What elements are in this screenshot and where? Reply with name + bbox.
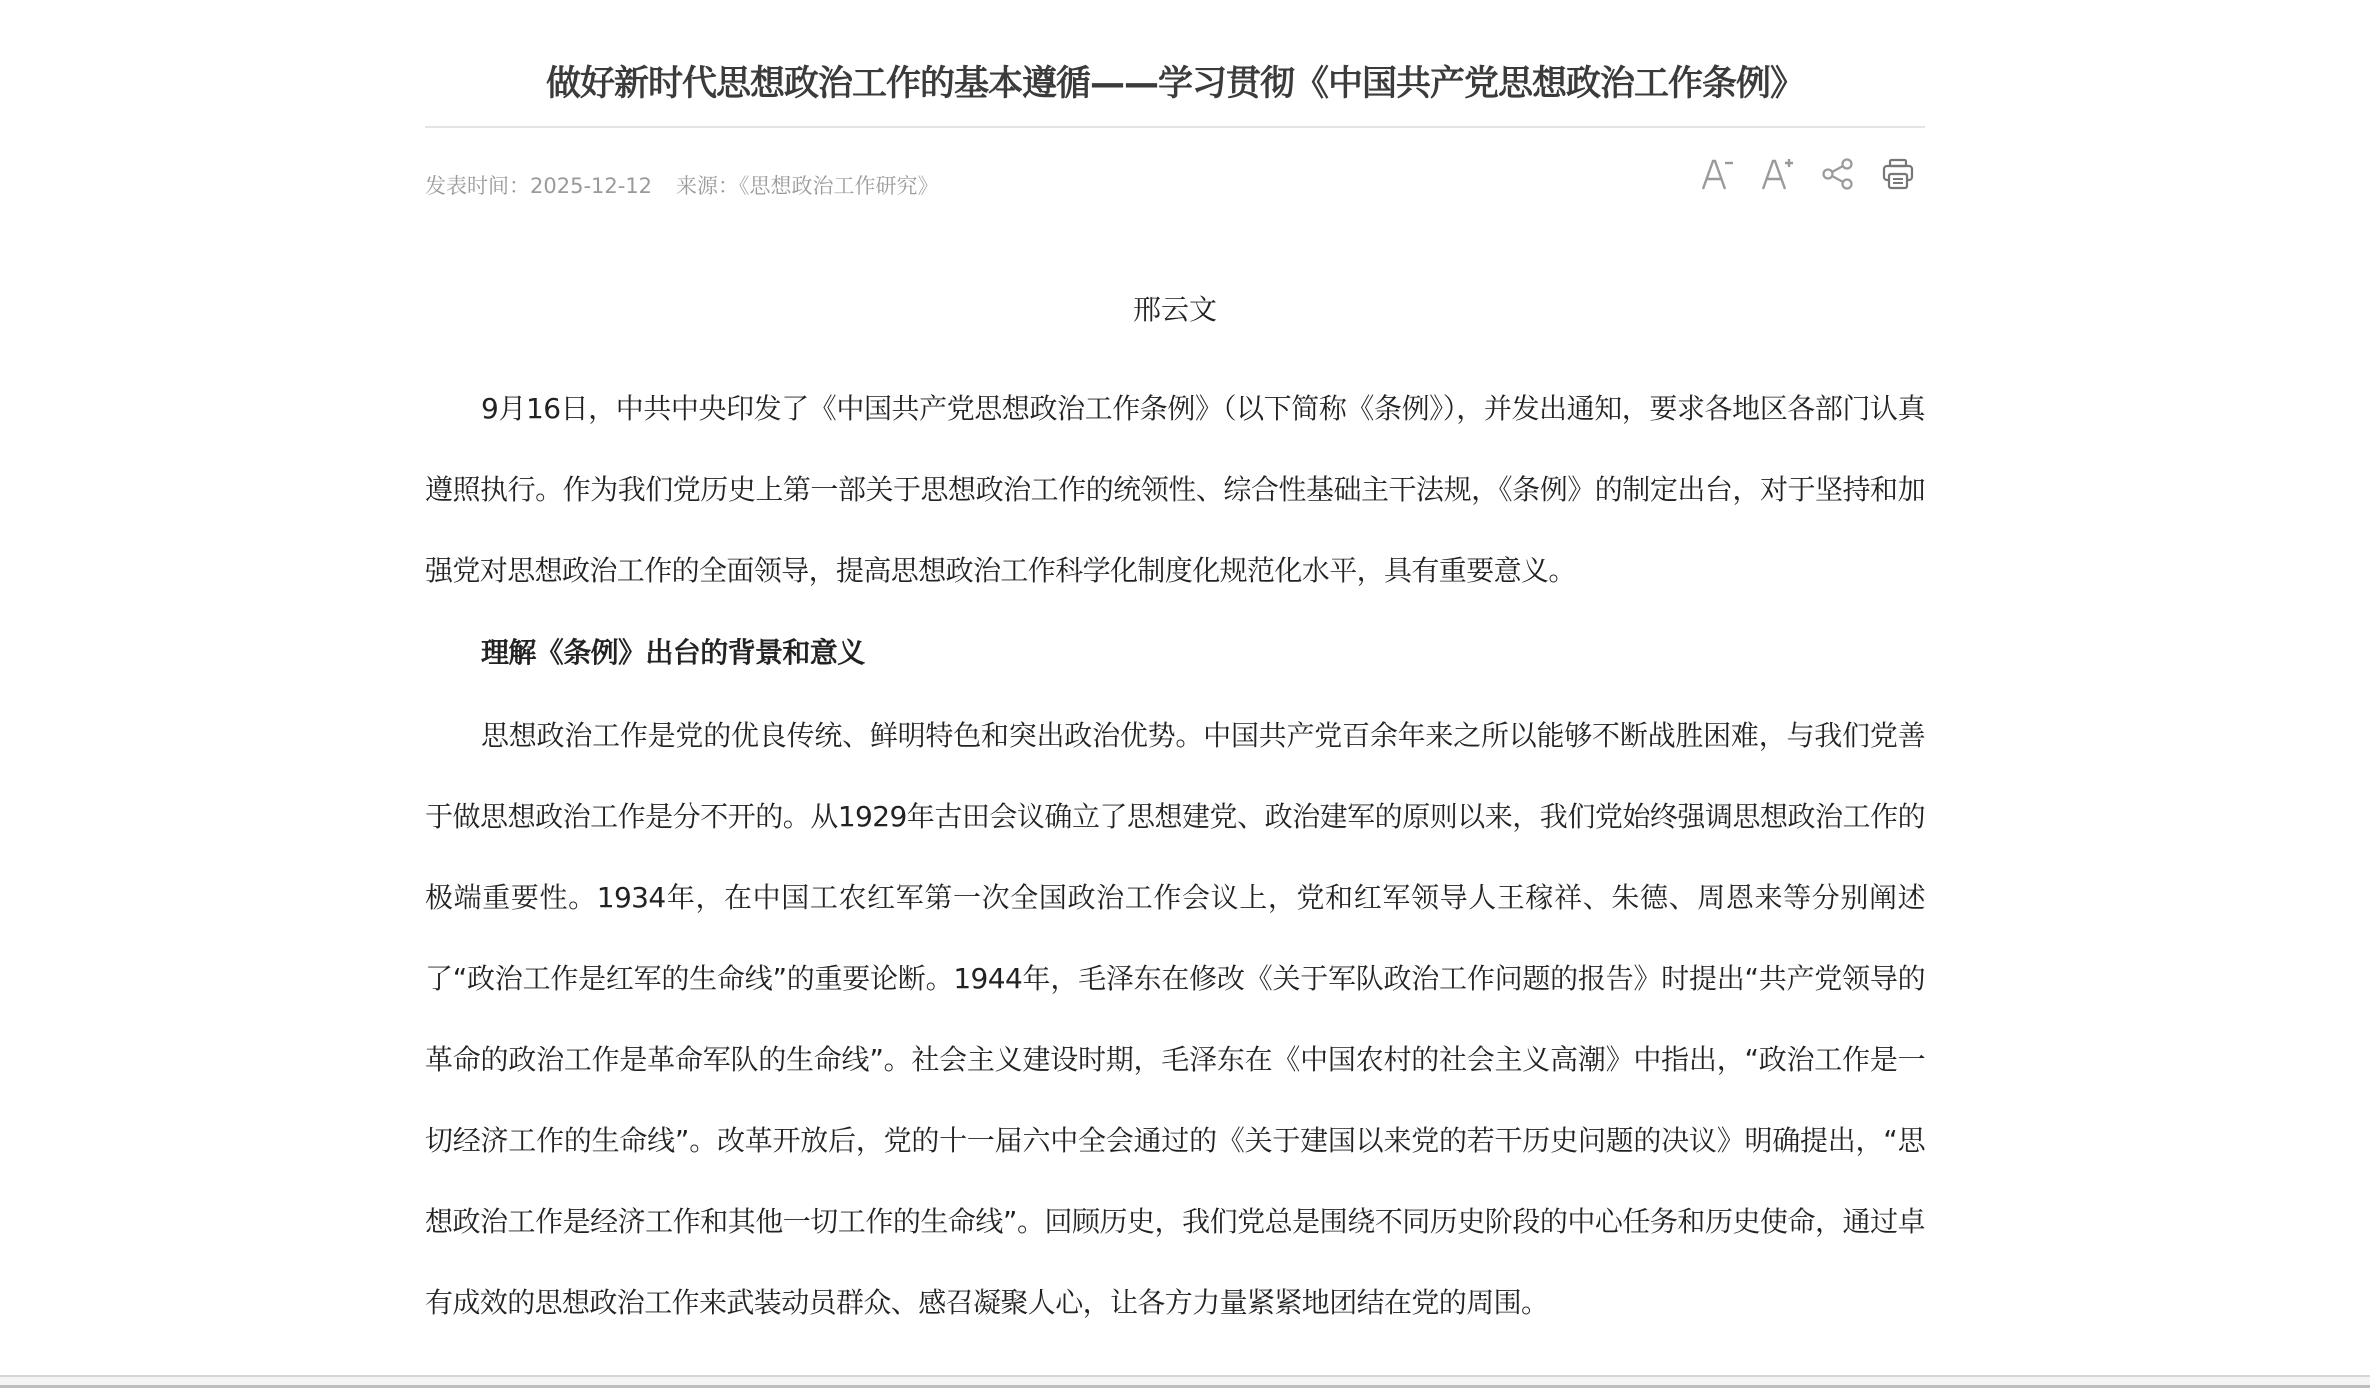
print-icon: [1881, 157, 1915, 191]
horizontal-scrollbar[interactable]: [0, 1375, 2370, 1388]
paragraph: 9月16日，中共中央印发了《中国共产党思想政治工作条例》（以下简称《条例》），并…: [425, 368, 1925, 611]
source-label: 来源：: [676, 174, 739, 198]
source-name: 《思想政治工作研究》: [739, 174, 939, 198]
article-meta-row: 发表时间：2025-12-12来源：《思想政治工作研究》: [425, 128, 1925, 238]
article-author: 邢云文: [425, 290, 1925, 330]
share-icon: [1821, 157, 1855, 191]
increase-font-button[interactable]: [1761, 154, 1795, 194]
article-meta: 发表时间：2025-12-12来源：《思想政治工作研究》: [425, 170, 939, 200]
decrease-font-button[interactable]: [1701, 154, 1735, 194]
article-title: 做好新时代思想政治工作的基本遵循——学习贯彻《中国共产党思想政治工作条例》: [425, 0, 1925, 126]
publish-time-label: 发表时间：: [425, 174, 530, 198]
print-button[interactable]: [1881, 154, 1915, 194]
article-body: 9月16日，中共中央印发了《中国共产党思想政治工作条例》（以下简称《条例》），并…: [425, 368, 1925, 1343]
font-increase-icon: [1761, 157, 1795, 191]
paragraph: 思想政治工作是党的优良传统、鲜明特色和突出政治优势。中国共产党百余年来之所以能够…: [425, 695, 1925, 1343]
article: 做好新时代思想政治工作的基本遵循——学习贯彻《中国共产党思想政治工作条例》 发表…: [425, 0, 1925, 1343]
section-heading: 理解《条例》出台的背景和意义: [425, 611, 1925, 695]
article-toolbar: [1701, 154, 1915, 194]
font-decrease-icon: [1701, 157, 1735, 191]
publish-date: 2025-12-12: [530, 174, 652, 198]
share-button[interactable]: [1821, 154, 1855, 194]
